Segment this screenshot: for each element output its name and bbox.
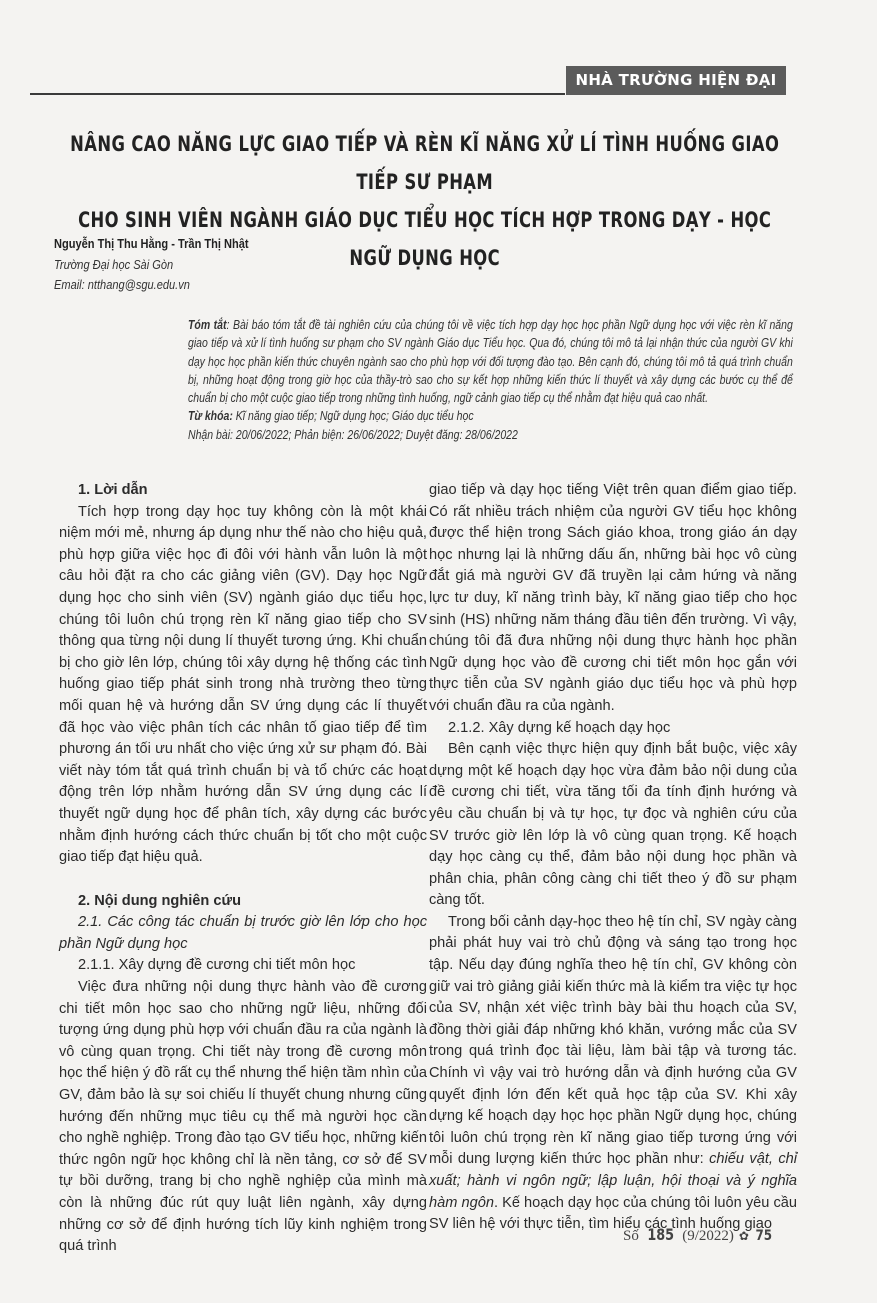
affiliation: Trường Đại học Sài Gòn [54, 257, 173, 272]
intro-paragraph: Tích hợp trong dạy học tuy không còn là … [59, 502, 427, 869]
heading-introduction: 1. Lời dẫn [59, 480, 427, 502]
subheading-2-1-2: 2.1.2. Xây dựng kế hoạch dạy học [429, 718, 797, 740]
author-email: Email: ntthang@sgu.edu.vn [54, 277, 190, 292]
right-column: giao tiếp và dạy học tiếng Việt trên qua… [429, 480, 797, 1236]
heading-research-content: 2. Nội dung nghiên cứu [59, 891, 427, 913]
abstract-paragraph: Tóm tắt: Bài báo tóm tắt đề tài nghiên c… [188, 316, 793, 407]
page-number: 75 [755, 1228, 772, 1244]
issue-prefix: Số [623, 1228, 639, 1245]
submission-dates: Nhận bài: 20/06/2022; Phản biện: 26/06/2… [188, 426, 793, 444]
header-rule [30, 93, 565, 95]
subheading-2-1-1: 2.1.1. Xây dựng đề cương chi tiết môn họ… [59, 955, 427, 977]
page-footer: Số 185 (9/2022) ✿ 75 [623, 1225, 773, 1245]
continued-paragraph: giao tiếp và dạy học tiếng Việt trên qua… [429, 480, 797, 718]
body-paragraph-2-1-2: Bên cạnh việc thực hiện quy định bắt buộ… [429, 739, 797, 912]
body-paragraph-2-1-1: Việc đưa những nội dung thực hành vào đề… [59, 977, 427, 1258]
abstract-text: : Bài báo tóm tắt đề tài nghiên cứu của … [188, 318, 793, 405]
authors: Nguyễn Thị Thu Hằng - Trần Thị Nhật [54, 236, 249, 251]
section-tag: NHÀ TRƯỜNG HIỆN ĐẠI [566, 66, 786, 95]
flower-separator-icon: ✿ [739, 1229, 749, 1244]
title-line-1: NÂNG CAO NĂNG LỰC GIAO TIẾP VÀ RÈN KĨ NĂ… [55, 125, 794, 201]
keywords: Từ khóa: Kĩ năng giao tiếp; Ngữ dụng học… [188, 407, 793, 425]
abstract-label: Tóm tắt [188, 318, 227, 332]
subheading-2-1: 2.1. Các công tác chuẩn bị trước giờ lên… [59, 912, 427, 955]
issue-date: (9/2022) [682, 1228, 734, 1245]
body-paragraph-credits: Trong bối cảnh dạy-học theo hệ tín chỉ, … [429, 912, 797, 1236]
article-title: NÂNG CAO NĂNG LỰC GIAO TIẾP VÀ RÈN KĨ NĂ… [55, 125, 794, 277]
left-column: 1. Lời dẫn Tích hợp trong dạy học tuy kh… [59, 480, 427, 1258]
abstract-block: Tóm tắt: Bài báo tóm tắt đề tài nghiên c… [188, 316, 793, 444]
keywords-text: Kĩ năng giao tiếp; Ngữ dụng học; Giáo dụ… [233, 409, 474, 423]
keywords-label: Từ khóa: [188, 409, 233, 423]
issue-number: 185 [647, 1225, 674, 1244]
